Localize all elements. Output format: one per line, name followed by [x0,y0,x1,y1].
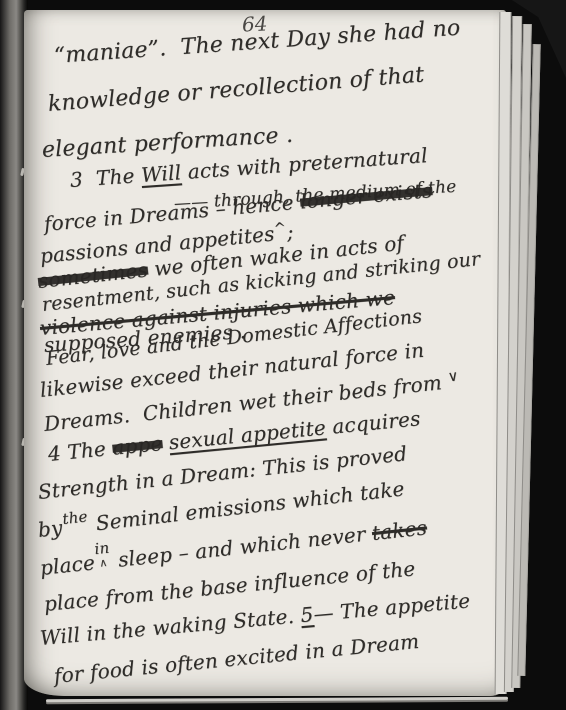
inserted-word: in∧ [96,557,112,573]
insertion-caret-mark: ∧ [96,560,111,568]
handwritten-text: — The appetite [312,588,471,626]
handwritten-text: ^ [273,220,287,237]
manuscript-photo: 64 “maniae”. The next Day she had noknow… [0,0,566,710]
handwritten-text: 3 The [69,163,142,192]
page-bottom-edge [46,697,508,702]
handwritten-text: by [37,515,64,542]
crossed-out-text: appe [111,431,163,460]
handwritten-text: “maniae”. The next Day she had no [53,16,461,69]
crossed-out-text: longer exists [299,178,433,213]
handwritten-text: Will [140,160,182,187]
handwritten-text: ∨ [447,368,459,385]
manuscript-line: “maniae”. The next Day she had no [53,16,461,69]
crossed-out-text: takes [371,515,428,545]
handwritten-text: place [39,550,96,580]
notebook-page: 64 “maniae”. The next Day she had noknow… [24,10,506,696]
inserted-word: the [64,526,90,537]
handwritten-text: sexual appetite [168,415,327,454]
handwriting-lines: “maniae”. The next Day she had noknowled… [24,10,506,696]
handwritten-text: acquires [325,406,422,439]
handwritten-text: knowledge or recollection of that [47,62,425,117]
handwritten-text: 4 The [47,436,114,466]
manuscript-line: knowledge or recollection of that [47,62,425,117]
